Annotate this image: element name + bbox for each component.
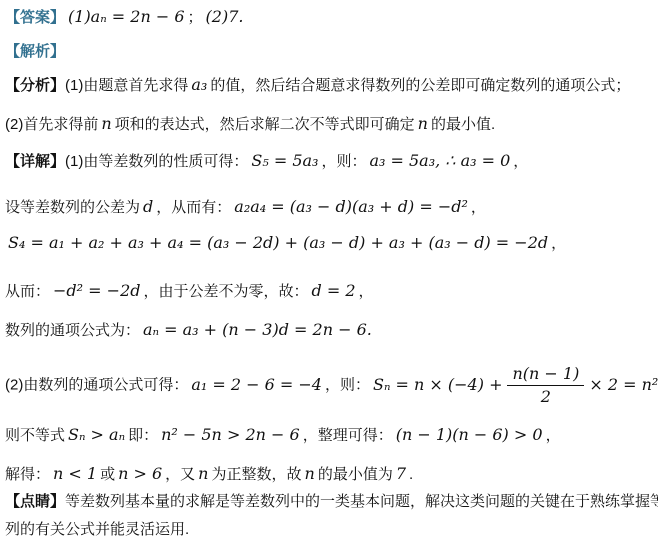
math-segment: a₁ = 2 − 6 = −4 — [191, 375, 322, 394]
math-segment: (2)7. — [206, 7, 244, 26]
math-segment: n — [198, 464, 208, 483]
text-segment: 即： — [128, 427, 158, 444]
text-segment: ， — [359, 283, 374, 300]
fraction: n(n − 1)2 — [507, 364, 584, 407]
text-segment: ，整理可得： — [303, 427, 393, 444]
math-segment: d — [143, 197, 153, 216]
text-segment: ， — [471, 199, 486, 216]
section-label: 【分析】 — [5, 77, 65, 94]
math-segment: a₃ = 5a₃, ∴ a₃ = 0 — [369, 151, 510, 170]
math-segment: aₙ = a₃ + (n − 3)d = 2n − 6. — [143, 320, 372, 339]
text-segment: ， — [551, 235, 566, 252]
text-segment: (2)由数列的通项公式可得： — [5, 377, 188, 394]
text-segment: 从而： — [5, 283, 50, 300]
math-segment: n² − 5n > 2n − 6 — [161, 425, 300, 444]
math-segment: Sₙ = n × (−4) + — [373, 375, 502, 394]
math-segment: n — [305, 464, 315, 483]
text-segment: ，则： — [321, 153, 366, 170]
fenxi-line: 【分析】(1)由题意首先求得a₃的值，然后结合题意求得数列的公差即可确定数列的通… — [5, 74, 653, 97]
fraction-denominator: 2 — [541, 386, 551, 407]
text-segment: ，又 — [165, 466, 195, 483]
math-segment: d = 2 — [312, 281, 356, 300]
xiangjie-line-2: 设等差数列的公差为d，从而有：a₂a₄ = (a₃ − d)(a₃ + d) =… — [5, 196, 653, 219]
fraction-numerator: n(n − 1) — [507, 364, 584, 386]
text-segment: ， — [546, 427, 561, 444]
text-segment: . — [409, 466, 413, 483]
solution-document: 【答案】(1)aₙ = 2n − 6；(2)7.【解析】【分析】(1)由题意首先… — [0, 0, 658, 539]
xiangjie-line-6-fraction: (2)由数列的通项公式可得：a₁ = 2 − 6 = −4，则：Sₙ = n ×… — [5, 364, 653, 407]
text-segment: ， — [513, 153, 528, 170]
math-segment: n > 6 — [118, 464, 162, 483]
text-segment: (1)由题意首先求得 — [65, 77, 188, 94]
math-segment: a₃ — [191, 75, 207, 94]
text-segment: 项和的表达式，然后求解二次不等式即可确定 — [115, 116, 415, 133]
text-segment: ，则： — [325, 377, 370, 394]
answer-line: 【答案】(1)aₙ = 2n − 6；(2)7. — [5, 6, 653, 29]
math-segment: −d² = −2d — [53, 281, 140, 300]
math-segment: a₂a₄ = (a₃ − d)(a₃ + d) = −d² — [234, 197, 468, 216]
xiangjie-line-4: 从而：−d² = −2d，由于公差不为零，故：d = 2， — [5, 280, 653, 303]
section-label: 【解析】 — [5, 43, 65, 60]
fenxi-line-2: (2)首先求得前n项和的表达式，然后求解二次不等式即可确定n的最小值. — [5, 113, 653, 136]
xiangjie-line-5: 数列的通项公式为：aₙ = a₃ + (n − 3)d = 2n − 6. — [5, 319, 653, 342]
xiangjie-line-1: 【详解】(1)由等差数列的性质可得：S₅ = 5a₃，则：a₃ = 5a₃, ∴… — [5, 150, 653, 173]
text-segment: 为正整数，故 — [211, 466, 301, 483]
math-segment: n < 1 — [53, 464, 97, 483]
section-label: 【详解】 — [5, 153, 65, 170]
xiangjie-line-3: S₄ = a₁ + a₂ + a₃ + a₄ = (a₃ − 2d) + (a₃… — [5, 232, 653, 255]
text-segment: 数列的通项公式为： — [5, 322, 140, 339]
text-segment: 解得： — [5, 466, 50, 483]
dianjing-line-1: 【点睛】等差数列基本量的求解是等差数列中的一类基本问题，解决这类问题的关键在于熟… — [5, 491, 653, 513]
text-segment: (1)由等差数列的性质可得： — [65, 153, 248, 170]
text-segment: 则不等式 — [5, 427, 65, 444]
text-segment: 的最小值为 — [318, 466, 393, 483]
analysis-header-line: 【解析】 — [5, 41, 653, 63]
math-segment: × 2 = n² − 5n — [589, 375, 658, 394]
math-segment: n — [101, 114, 111, 133]
math-segment: Sₙ > aₙ — [68, 425, 125, 444]
math-segment: S₄ = a₁ + a₂ + a₃ + a₄ = (a₃ − 2d) + (a₃… — [8, 233, 548, 252]
math-segment: n — [418, 114, 428, 133]
text-segment: 的最小值. — [431, 116, 495, 133]
xiangjie-line-8: 解得：n < 1或n > 6，又n为正整数，故n的最小值为7. — [5, 463, 653, 486]
text-segment: ，从而有： — [156, 199, 231, 216]
text-segment: ，由于公差不为零，故： — [143, 283, 308, 300]
math-segment: (1)aₙ = 2n − 6 — [68, 7, 185, 26]
xiangjie-line-7: 则不等式Sₙ > aₙ即：n² − 5n > 2n − 6，整理可得：(n − … — [5, 424, 653, 447]
dianjing-line-2: 列的有关公式并能灵活运用. — [5, 519, 653, 539]
math-segment: (n − 1)(n − 6) > 0 — [396, 425, 543, 444]
text-segment: 的值，然后结合题意求得数列的公差即可确定数列的通项公式； — [210, 77, 630, 94]
math-segment: 7 — [396, 464, 406, 483]
text-segment: 等差数列基本量的求解是等差数列中的一类基本问题，解决这类问题的关键在于熟练掌握等… — [65, 493, 658, 510]
text-segment: 设等差数列的公差为 — [5, 199, 140, 216]
section-label: 【答案】 — [5, 9, 65, 26]
text-segment: 列的有关公式并能灵活运用. — [5, 521, 189, 538]
text-segment: 或 — [100, 466, 115, 483]
section-label: 【点睛】 — [5, 493, 65, 510]
solution-content: 【答案】(1)aₙ = 2n − 6；(2)7.【解析】【分析】(1)由题意首先… — [5, 6, 653, 539]
text-segment: ； — [188, 9, 203, 26]
text-segment: (2)首先求得前 — [5, 116, 98, 133]
math-segment: S₅ = 5a₃ — [251, 151, 318, 170]
